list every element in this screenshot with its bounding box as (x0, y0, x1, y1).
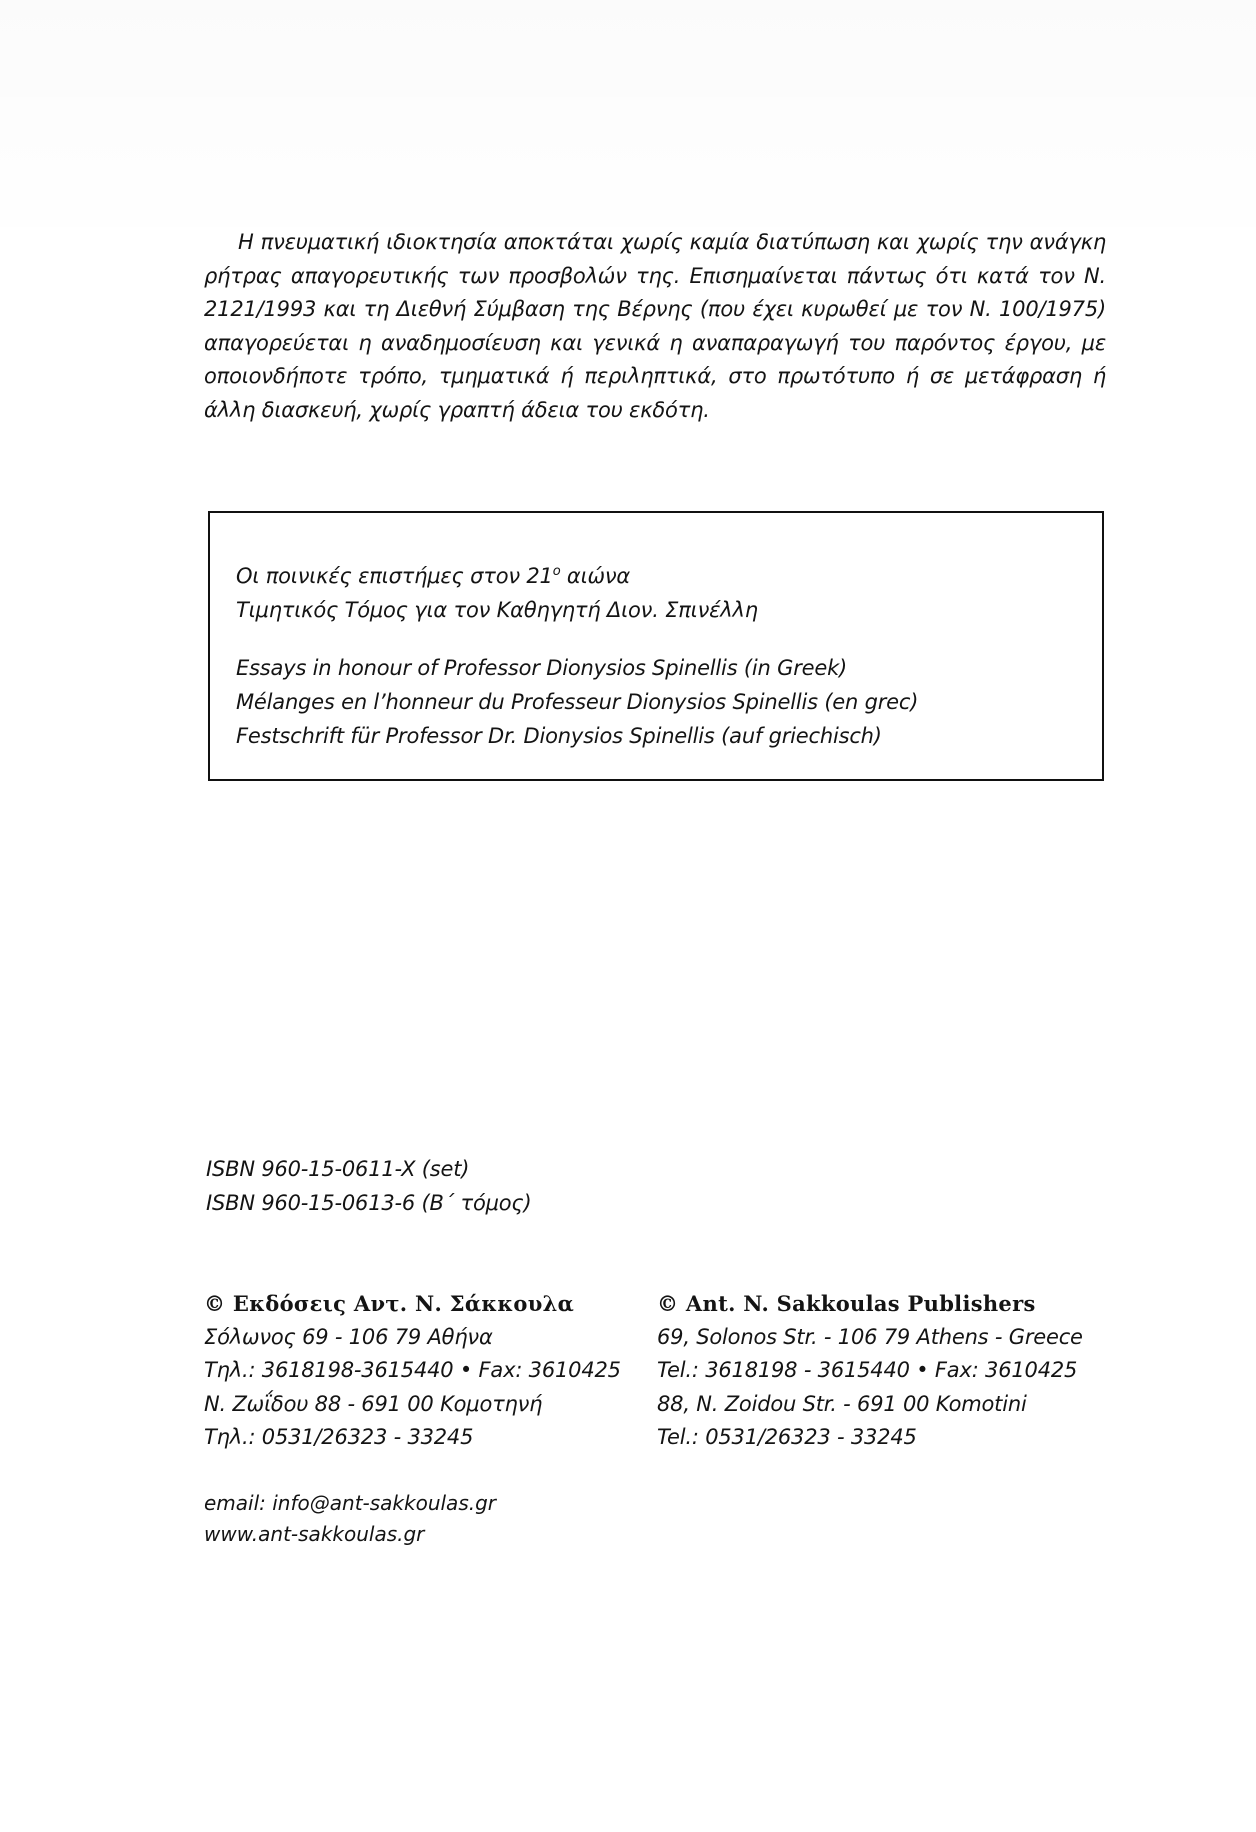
publisher-greek-phone-2: Τηλ.: 0531/26323 - 33245 (204, 1421, 621, 1455)
email-text: email: info@ant-sakkoulas.gr (204, 1488, 496, 1519)
publisher-greek-address-2: Ν. Ζωΐδου 88 - 691 00 Κομοτηνή (204, 1388, 621, 1422)
greek-title-text: Οι ποινικές επιστήμες στον 21 (236, 564, 553, 588)
legal-line: ρήτρας απαγορευτικής των προσβολών της. … (204, 264, 1106, 288)
publisher-english-phone-2: Tel.: 0531/26323 - 33245 (657, 1421, 1083, 1455)
legal-line: απαγορεύεται η αναδημοσίευση και γενικά … (204, 331, 1106, 355)
title-english: Essays in honour of Professor Dionysios … (236, 651, 918, 685)
website-text: www.ant-sakkoulas.gr (204, 1519, 496, 1550)
publisher-greek-phone: Τηλ.: 3618198-3615440 • Fax: 3610425 (204, 1354, 621, 1388)
contact-block: email: info@ant-sakkoulas.gr www.ant-sak… (204, 1488, 496, 1550)
greek-title-suffix: αιώνα (560, 564, 630, 588)
isbn-block: ISBN 960-15-0611-X (set) ISBN 960-15-061… (206, 1152, 532, 1220)
book-title-box: Οι ποινικές επιστήμες στον 21ο αιώνα Τιμ… (208, 511, 1104, 781)
title-french: Mélanges en l’honneur du Professeur Dion… (236, 685, 918, 719)
publisher-greek-heading: © Εκδόσεις Αντ. Ν. Σάκκουλα (204, 1287, 621, 1321)
publisher-english-address: 69, Solonos Str. - 106 79 Athens - Greec… (657, 1321, 1083, 1355)
publisher-greek-address: Σόλωνος 69 - 106 79 Αθήνα (204, 1321, 621, 1355)
publisher-english-phone: Tel.: 3618198 - 3615440 • Fax: 3610425 (657, 1354, 1083, 1388)
greek-title: Οι ποινικές επιστήμες στον 21ο αιώνα (236, 555, 918, 593)
page-show-through (0, 0, 1256, 260)
legal-line: διασκευή, χωρίς γραπτή άδεια του εκδότη. (262, 398, 710, 422)
legal-line: 2121/1993 και τη Διεθνή Σύμβαση της Βέρν… (204, 297, 1106, 321)
copyright-legal-notice: Η πνευματική ιδιοκτησία αποκτάται χωρίς … (204, 226, 1106, 427)
isbn-set: ISBN 960-15-0611-X (set) (206, 1152, 532, 1186)
publisher-english-heading: © Ant. N. Sakkoulas Publishers (657, 1287, 1083, 1321)
publisher-english-address-2: 88, N. Zoidou Str. - 691 00 Komotini (657, 1388, 1083, 1422)
publisher-greek: © Εκδόσεις Αντ. Ν. Σάκκουλα Σόλωνος 69 -… (204, 1287, 621, 1455)
publisher-english: © Ant. N. Sakkoulas Publishers 69, Solon… (657, 1287, 1083, 1455)
title-german: Festschrift für Professor Dr. Dionysios … (236, 719, 918, 753)
legal-line: Η πνευματική ιδιοκτησία αποκτάται χωρίς … (238, 230, 1106, 254)
isbn-volume: ISBN 960-15-0613-6 (Β΄ τόμος) (206, 1186, 532, 1220)
greek-subtitle: Τιμητικός Τόμος για τον Καθηγητή Διον. Σ… (236, 593, 918, 627)
